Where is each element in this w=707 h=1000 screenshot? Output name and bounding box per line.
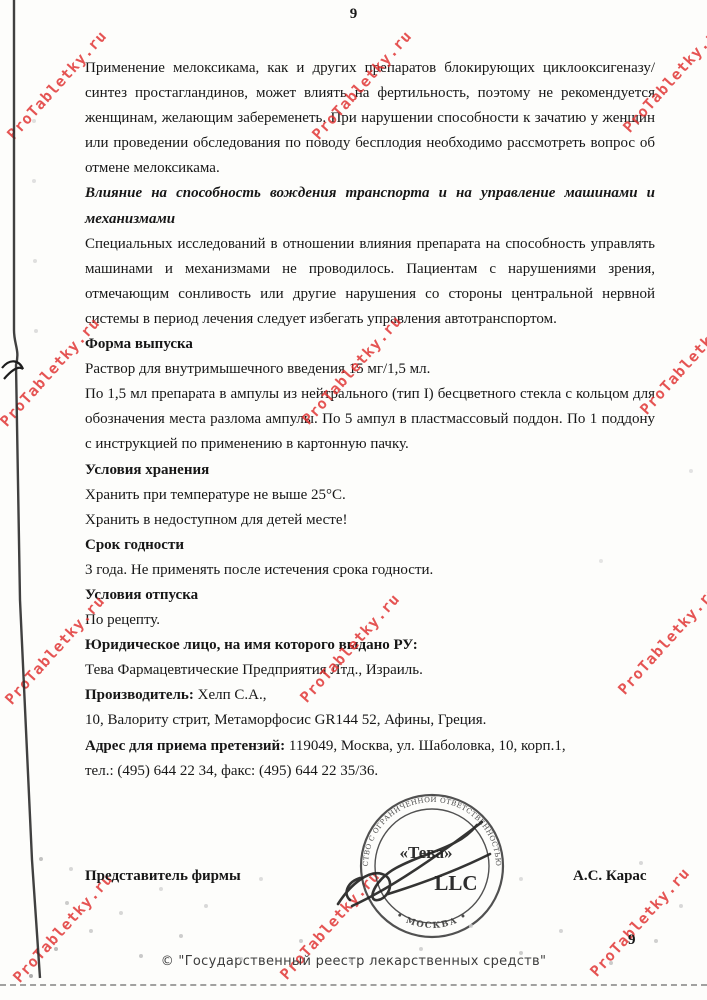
ink-mark: [2, 361, 23, 379]
paragraph-form-2: По 1,5 мл препарата в ампулы из нейтраль…: [85, 382, 655, 457]
company-stamp: ОБЩЕСТВО С ОГРАНИЧЕННОЙ ОТВЕТСТВЕННОСТЬЮ…: [330, 782, 530, 950]
value-claims-address: 119049, Москва, ул. Шаболовка, 10, корп.…: [285, 738, 565, 754]
paragraph-manufacturer: Производитель: Хелп С.А.,: [85, 683, 655, 708]
stamp-inner-ring: [375, 809, 489, 923]
heading-shelf-life: Срок годности: [85, 533, 655, 558]
heading-license-holder: Юридическое лицо, на имя которого выдано…: [85, 633, 655, 658]
page-number-bottom: 9: [628, 932, 636, 949]
paragraph-claims-address: Адрес для приема претензий: 119049, Моск…: [85, 734, 655, 759]
svg-text:• МОСКВА •: • МОСКВА •: [394, 910, 470, 931]
paragraph-form-1: Раствор для внутримышечного введения 15 …: [85, 357, 655, 382]
scan-edge-line: [0, 0, 60, 1000]
paragraph-dispensing: По рецепту.: [85, 608, 655, 633]
paragraph-manufacturer-address: 10, Валориту стрит, Метаморфосис GR144 5…: [85, 708, 655, 733]
paragraph-driving: Специальных исследований в отношении вли…: [85, 232, 655, 332]
heading-form: Форма выпуска: [85, 332, 655, 357]
footer-copyright: © "Государственный реестр лекарственных …: [0, 954, 707, 969]
paragraph-fertility: Применение мелоксикама, как и других пре…: [85, 56, 655, 181]
speckle-noise: [0, 0, 2, 2]
label-claims-address: Адрес для приема претензий:: [85, 738, 285, 754]
heading-storage: Условия хранения: [85, 458, 655, 483]
firm-representative-label: Представитель фирмы: [85, 868, 241, 885]
heading-dispensing: Условия отпуска: [85, 583, 655, 608]
document-body: Применение мелоксикама, как и других пре…: [85, 56, 655, 784]
paragraph-shelf-life: 3 года. Не применять после истечения сро…: [85, 558, 655, 583]
stamp-center-name: «Тева»: [400, 843, 453, 862]
value-manufacturer: Хелп С.А.,: [194, 687, 267, 703]
bottom-dashed-line: [0, 984, 707, 986]
paragraph-storage-1: Хранить при температуре не выше 25°С.: [85, 483, 655, 508]
page-number-top: 9: [0, 6, 707, 23]
paragraph-license-holder: Тева Фармацевтические Предприятия Лтд., …: [85, 658, 655, 683]
stamp-outer-ring: [361, 795, 503, 937]
label-manufacturer: Производитель:: [85, 687, 194, 703]
stamp-ring-bottom-text: • МОСКВА •: [394, 910, 470, 931]
paragraph-phone-fax: тел.: (495) 644 22 34, факс: (495) 644 2…: [85, 759, 655, 784]
signer-name: А.С. Карас: [573, 868, 647, 885]
paragraph-storage-2: Хранить в недоступном для детей месте!: [85, 508, 655, 533]
heading-driving: Влияние на способность вождения транспор…: [85, 181, 655, 231]
